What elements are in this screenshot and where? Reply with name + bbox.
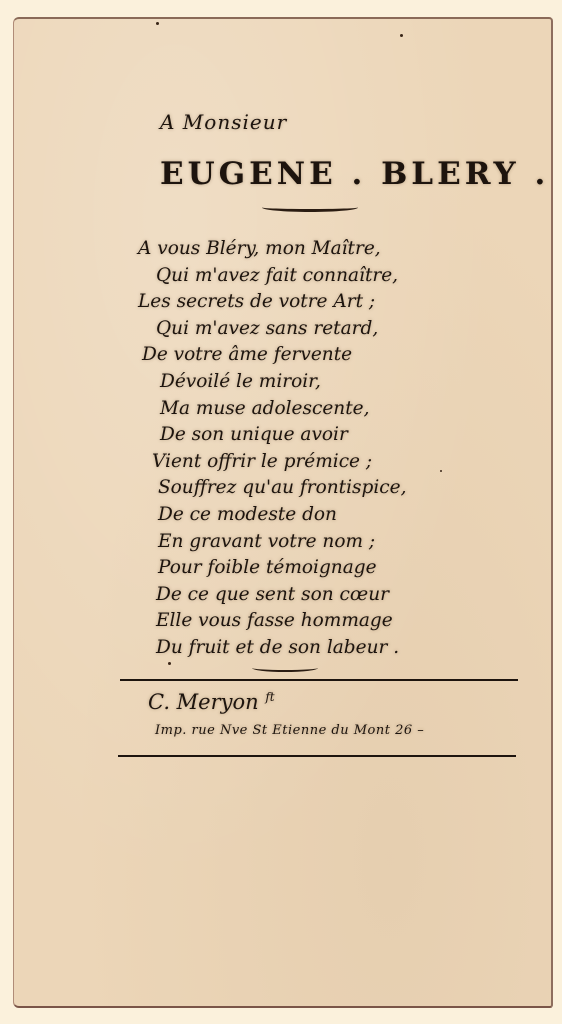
ink-speck [440,470,442,472]
poem-line: Dévoilé le miroir, [138,369,478,396]
poem-line: Vient offrir le prémice ; [138,449,478,476]
ink-speck [400,34,403,37]
artist-signature: C. Meryon ft [148,690,275,714]
printer-imprint: Imp. rue Nve St Etienne du Mont 26 – [155,723,424,738]
poem-line: Souffrez qu'au frontispice, [138,475,478,502]
poem-line: De ce modeste don [138,502,478,529]
divider-rule-top [120,679,518,681]
divider-rule-bottom [118,755,516,757]
decorative-flourish-top [262,203,358,212]
poem-line: Elle vous fasse hommage [138,608,478,635]
poem-line: Qui m'avez fait connaître, [138,263,478,290]
dedicatee-name: EUGENE . BLERY . [160,156,549,192]
dedication-poem: A vous Bléry, mon Maître, Qui m'avez fai… [138,236,478,662]
poem-line: Qui m'avez sans retard, [138,316,478,343]
signature-suffix: ft [265,690,274,704]
poem-line: A vous Bléry, mon Maître, [138,236,478,263]
ink-speck [168,662,171,665]
poem-line: Les secrets de votre Art ; [138,289,478,316]
poem-line: De son unique avoir [138,422,478,449]
poem-line: Ma muse adolescente, [138,396,478,423]
signature-name: C. Meryon [148,690,259,714]
salutation: A Monsieur [160,110,287,134]
poem-line: En gravant votre nom ; [138,529,478,556]
poem-line: Pour foible témoignage [138,555,478,582]
ink-speck [156,22,159,25]
poem-line: De votre âme fervente [138,342,478,369]
poem-line: Du fruit et de son labeur . [138,635,478,662]
decorative-flourish-bottom [252,664,318,672]
poem-line: De ce que sent son cœur [138,582,478,609]
